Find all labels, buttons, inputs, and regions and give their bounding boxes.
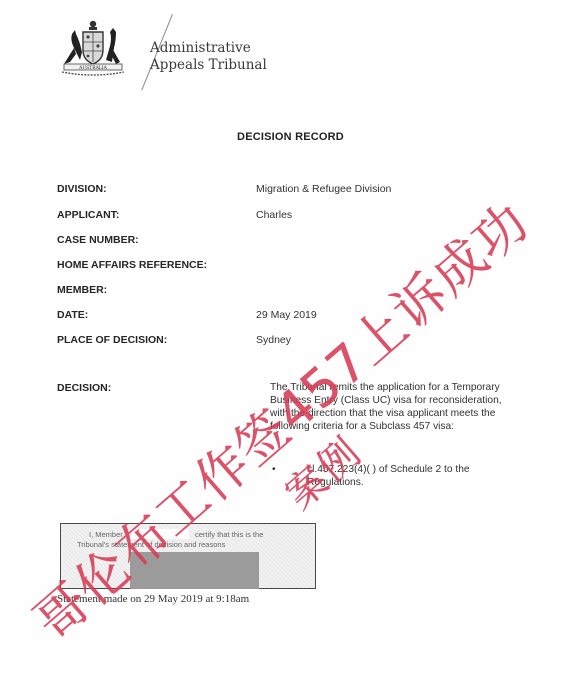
- field-home-affairs-reference: HOME AFFAIRS REFERENCE:: [57, 259, 537, 275]
- field-label: CASE NUMBER:: [57, 234, 139, 246]
- decision-text: The Tribunal remits the application for …: [270, 381, 510, 433]
- redacted-member-name: [131, 529, 189, 539]
- field-place-of-decision: PLACE OF DECISION: Sydney: [57, 334, 537, 350]
- svg-text:AUSTRALIA: AUSTRALIA: [78, 65, 108, 71]
- organization-name-line1: Administrative: [150, 40, 267, 57]
- field-applicant: APPLICANT: Charles: [57, 209, 537, 225]
- field-label: DATE:: [57, 309, 88, 321]
- document-page: AUSTRALIA Administrative Appeals Tribuna…: [0, 0, 581, 676]
- field-label: PLACE OF DECISION:: [57, 334, 167, 346]
- statement-made-text: Statement made on 29 May 2019 at 9:18am: [57, 593, 249, 605]
- redacted-signature: [130, 552, 259, 589]
- tribunal-logo: AUSTRALIA Administrative Appeals Tribuna…: [50, 12, 280, 92]
- certification-suffix: certify that this is the: [195, 530, 263, 539]
- field-value: 29 May 2019: [256, 309, 317, 321]
- field-value: Charles: [256, 209, 292, 221]
- field-label: HOME AFFAIRS REFERENCE:: [57, 259, 207, 271]
- certification-prefix: I, Member: [89, 530, 123, 539]
- decision-label: DECISION:: [57, 382, 111, 394]
- field-value: Sydney: [256, 334, 291, 346]
- organization-name-line2: Appeals Tribunal: [150, 57, 267, 74]
- certification-box: I, Member certify that this is the Tribu…: [60, 523, 316, 589]
- field-label: DIVISION:: [57, 183, 107, 195]
- field-case-number: CASE NUMBER:: [57, 234, 537, 250]
- field-division: DIVISION: Migration & Refugee Division: [57, 183, 537, 199]
- bullet-text: cl.457.223(4)( ) of Schedule 2 to the Re…: [307, 463, 517, 489]
- field-date: DATE: 29 May 2019: [57, 309, 537, 325]
- field-member: MEMBER:: [57, 284, 537, 300]
- field-label: APPLICANT:: [57, 209, 119, 221]
- certification-line-2-text: Tribunal's statement of decision and rea…: [77, 540, 225, 549]
- field-value: Migration & Refugee Division: [256, 183, 391, 195]
- field-label: MEMBER:: [57, 284, 107, 296]
- document-title: DECISION RECORD: [0, 131, 581, 143]
- organization-name: Administrative Appeals Tribunal: [150, 40, 267, 74]
- coat-of-arms-icon: AUSTRALIA: [56, 18, 130, 80]
- bullet-icon: •: [272, 463, 276, 476]
